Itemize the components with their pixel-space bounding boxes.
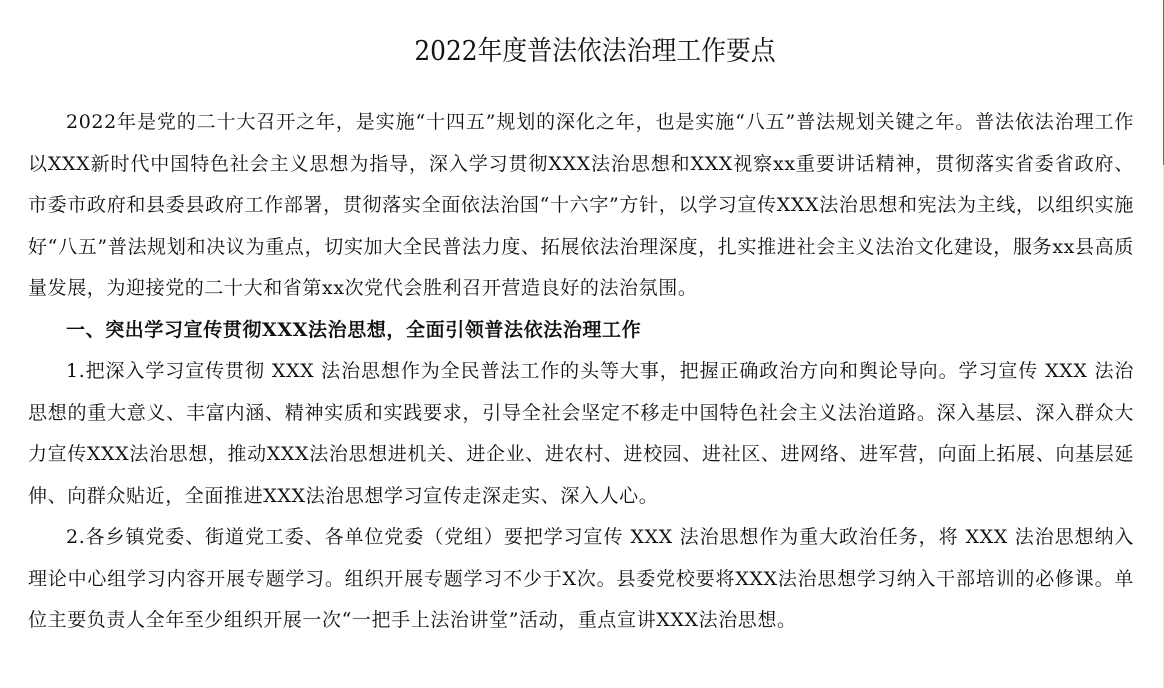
- document-body: 2022年是党的二十大召开之年，是实施“十四五”规划的深化之年，也是实施“八五”…: [28, 102, 1134, 642]
- document-title: 2022年度普法依法治理工作要点: [48, 32, 1143, 72]
- item-paragraph-1: 1.把深入学习宣传贯彻 XXX 法治思想作为全民普法工作的头等大事，把握正确政治…: [28, 351, 1134, 517]
- item-paragraph-2: 2.各乡镇党委、街道党工委、各单位党委（党组）要把学习宣传 XXX 法治思想作为…: [28, 517, 1134, 642]
- section-heading-1: 一、突出学习宣传贯彻XXX法治思想，全面引领普法依法治理工作: [28, 310, 1134, 352]
- document-page: 2022年度普法依法治理工作要点 2022年是党的二十大召开之年，是实施“十四五…: [0, 0, 1164, 688]
- intro-paragraph: 2022年是党的二十大召开之年，是实施“十四五”规划的深化之年，也是实施“八五”…: [28, 102, 1134, 310]
